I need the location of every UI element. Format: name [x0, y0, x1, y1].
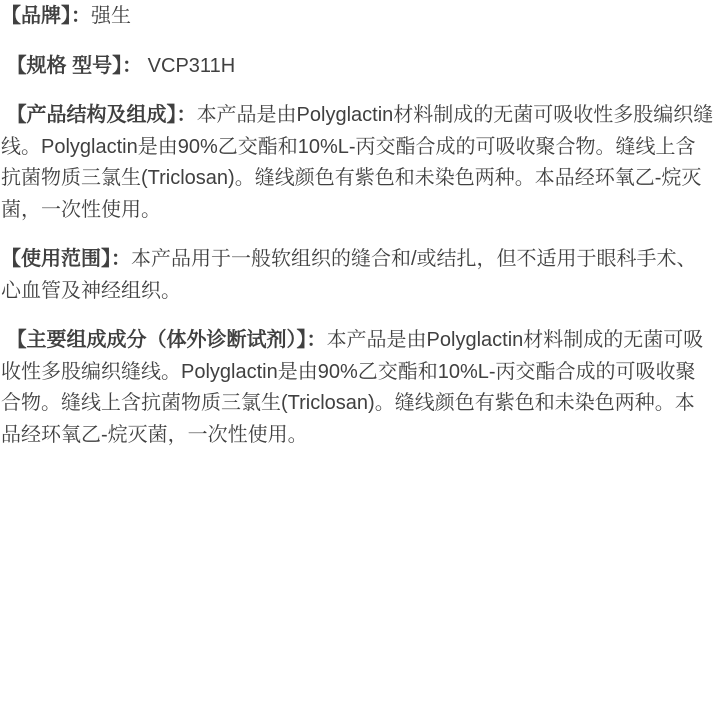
section-structure-composition: 【产品结构及组成】：本产品是由Polyglactin材料制成的无菌可吸收性多股编… — [1, 100, 714, 226]
spec-model-label: 【规格 型号】： — [7, 55, 143, 77]
section-usage-scope: 【使用范围】：本产品用于一般软组织的缝合和/或结扎，但不适用于眼科手术、心血管及… — [1, 244, 714, 307]
product-description-page: 【品牌】：强生 【规格 型号】： VCP311H 【产品结构及组成】：本产品是由… — [0, 0, 716, 451]
spec-model-value: VCP311H — [142, 55, 235, 77]
structure-composition-label: 【产品结构及组成】： — [7, 104, 197, 126]
usage-scope-label: 【使用范围】： — [1, 248, 131, 270]
section-main-ingredients: 【主要组成成分（体外诊断试剂）】：本产品是由Polyglactin材料制成的无菌… — [1, 325, 714, 451]
brand-label: 【品牌】： — [1, 5, 91, 27]
section-spec-model: 【规格 型号】： VCP311H — [1, 51, 714, 83]
brand-value: 强生 — [91, 5, 131, 27]
main-ingredients-label: 【主要组成成分（体外诊断试剂）】： — [7, 329, 327, 351]
section-brand: 【品牌】：强生 — [1, 1, 714, 33]
